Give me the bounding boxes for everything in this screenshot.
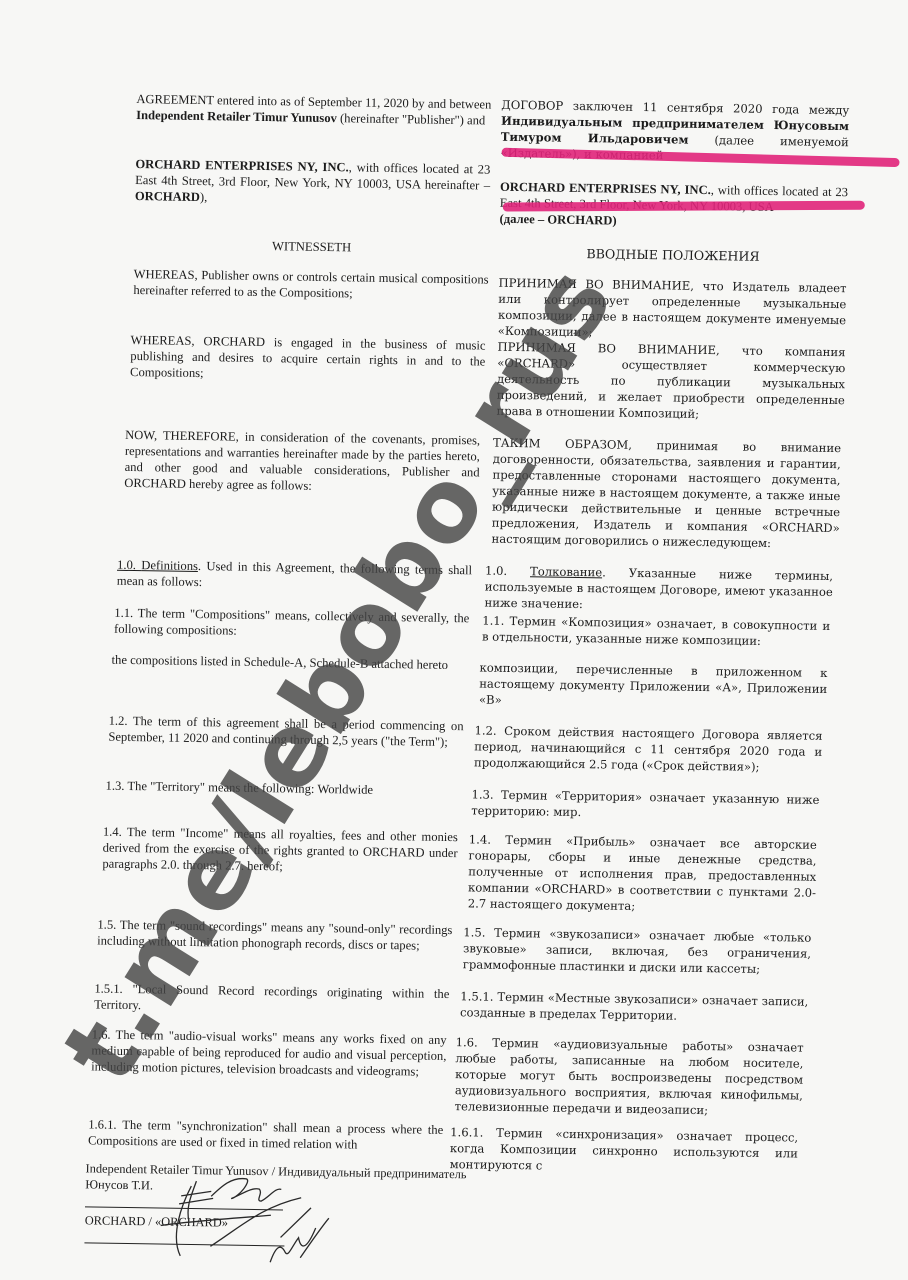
clause-en-1-6-1: 1.6.1. The term "synchronization" shall … <box>88 1116 443 1154</box>
clause-title: Толкование <box>530 564 602 579</box>
clause-number: 1.0. <box>117 558 141 572</box>
clause-ru-now-therefore: ТАКИМ ОБРАЗОМ, принимая во внимание дого… <box>491 435 841 552</box>
clause-number: 1.0. <box>485 564 530 579</box>
clause-ru-whereas-2: ПРИНИМАЯ ВО ВНИМАНИЕ, что компания «ORCH… <box>496 339 845 424</box>
orchard-short: ORCHARD <box>135 189 200 204</box>
clause-ru-1-5-1: 1.5.1. Термин «Местные звукозаписи» озна… <box>460 988 808 1025</box>
orchard-name-ru: ORCHARD ENTERPRISES NY, INC. <box>500 180 711 197</box>
clause-ru-1-1-list: композиции, перечисленные в приложенном … <box>479 659 828 712</box>
clause-ru-1-5: 1.5. Термин «звукозаписи» означает любые… <box>463 924 812 977</box>
highlighter-stroke <box>503 201 865 212</box>
clause-en-1-4: 1.4. The term "Income" means all royalti… <box>102 824 458 878</box>
clause-en-1-5-1: 1.5.1. "Local Sound Record recordings or… <box>94 980 449 1018</box>
heading-witnesseth: WITNESSETH <box>134 236 489 258</box>
orchard-short-ru: (далее – ORCHARD) <box>499 212 616 228</box>
orchard-name: ORCHARD ENTERPRISES NY, INC. <box>135 157 349 174</box>
clause-en-1-6: 1.6. The term "audio-visual works" means… <box>91 1026 447 1080</box>
clause-en-1-5: 1.5. The term "sound recordings" means a… <box>97 917 452 955</box>
clause-title: Definitions <box>141 558 198 573</box>
clause-ru-whereas-1: ПРИНИМАЯ ВО ВНИМАНИЕ, что Издатель владе… <box>498 275 847 344</box>
clause-ru-1-6: 1.6. Термин «аудиовизуальные работы» озн… <box>454 1034 803 1119</box>
preamble-text: (hereinafter "Publisher") and <box>337 111 486 127</box>
clause-en-1-0-definitions: 1.0. Definitions. Used in this Agreement… <box>117 557 472 595</box>
clause-ru-1-6-1: 1.6.1. Термин «синхронизация» означает п… <box>450 1124 799 1177</box>
preamble-en-parties: AGREEMENT entered into as of September 1… <box>136 91 491 129</box>
clause-ru-1-3: 1.3. Термин «Территория» означает указан… <box>471 786 819 823</box>
clause-ru-1-0-definitions: 1.0. Толкование. Указанные ниже термины,… <box>484 563 833 616</box>
clause-en-whereas-1: WHEREAS, Publisher owns or controls cert… <box>133 266 488 304</box>
clause-en-now-therefore: NOW, THEREFORE, in consideration of the … <box>124 427 480 497</box>
heading-introductory-provisions: ВВОДНЫЕ ПОЛОЖЕНИЯ <box>499 245 847 266</box>
clause-en-1-1-list: the compositions listed in Schedule-A, S… <box>111 652 466 674</box>
publisher-name: Independent Retailer Timur Yunusov <box>136 108 337 125</box>
preamble-text: ), <box>200 190 208 204</box>
clause-en-1-3: 1.3. The "Territory" means the following… <box>105 778 460 800</box>
clause-ru-1-4: 1.4. Термин «Прибыль» означает все автор… <box>468 831 817 916</box>
clause-ru-1-1: 1.1. Термин «Композиция» означает, в сов… <box>482 613 830 650</box>
clause-ru-1-2: 1.2. Сроком действия настоящего Договора… <box>474 722 823 775</box>
clause-en-1-1: 1.1. The term "Compositions" means, coll… <box>114 605 469 643</box>
clause-en-1-2: 1.2. The term of this agreement shall be… <box>108 713 463 751</box>
clause-en-whereas-2: WHEREAS, ORCHARD is engaged in the busin… <box>130 332 486 386</box>
contract-page: AGREEMENT entered into as of September 1… <box>0 0 908 1280</box>
handwritten-signature-icon <box>150 1165 352 1278</box>
preamble-en-orchard: ORCHARD ENTERPRISES NY, INC., with offic… <box>135 156 491 210</box>
